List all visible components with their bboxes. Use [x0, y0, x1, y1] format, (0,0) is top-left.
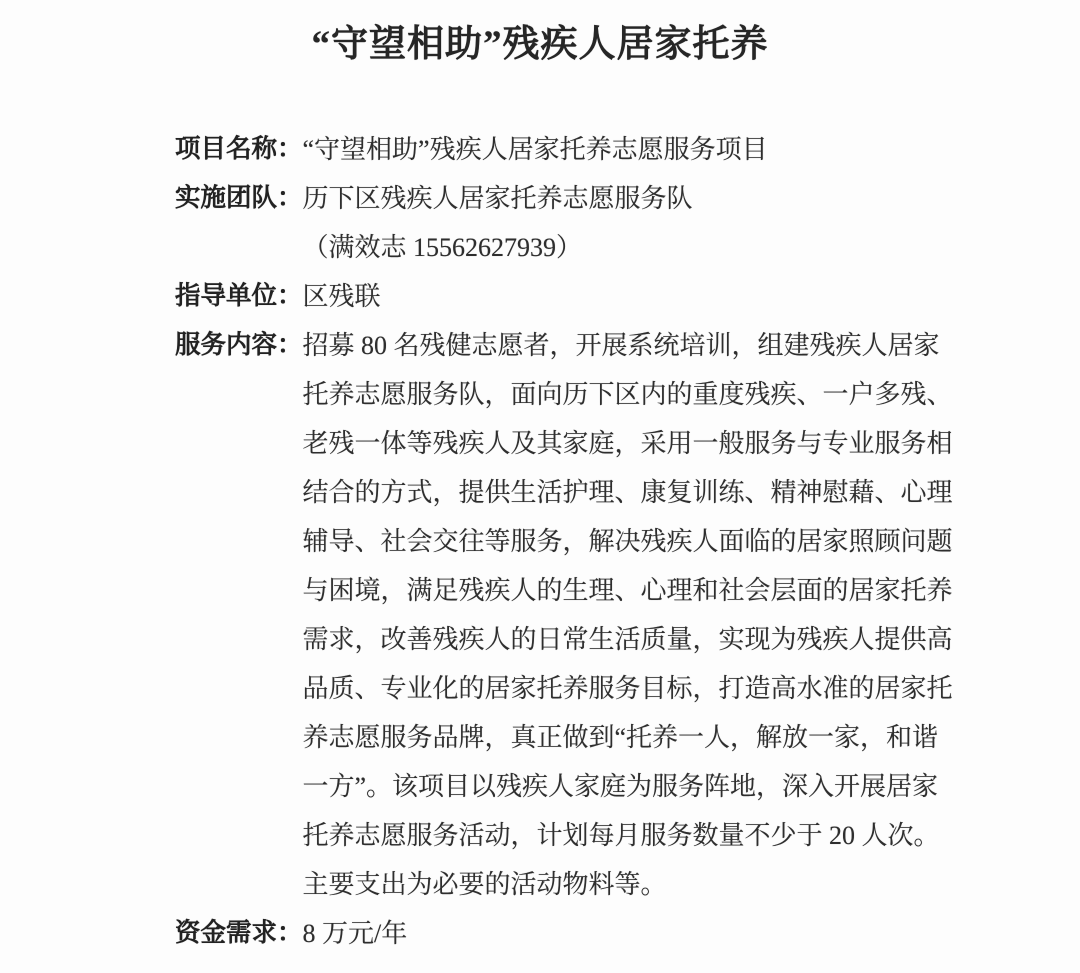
text-line: 历下区残疾人居家托养志愿服务队	[303, 174, 910, 223]
fields-list: 项目名称： “守望相助”残疾人居家托养志愿服务项目 实施团队： 历下区残疾人居家…	[0, 125, 1080, 958]
text-line: 8 万元/年	[303, 909, 910, 958]
field-guidance-unit-value: 区残联	[303, 272, 910, 321]
field-project-name-label: 项目名称：	[175, 125, 303, 174]
text-line: 品质、专业化的居家托养服务目标，打造高水准的居家托	[303, 664, 953, 713]
text-line: 一方”。该项目以残疾人家庭为服务阵地，深入开展居家	[303, 762, 953, 811]
text-line: 托养志愿服务活动，计划每月服务数量不少于 20 人次。	[303, 811, 953, 860]
text-line: 招募 80 名残健志愿者，开展系统培训，组建残疾人居家	[303, 321, 953, 370]
text-line: 与困境，满足残疾人的生理、心理和社会层面的居家托养	[303, 566, 953, 615]
text-line-contact: （满效志 15562627939）	[303, 223, 910, 272]
field-service-content-label: 服务内容：	[175, 321, 303, 370]
field-team-value: 历下区残疾人居家托养志愿服务队 （满效志 15562627939）	[303, 174, 910, 272]
field-project-name-value: “守望相助”残疾人居家托养志愿服务项目	[303, 125, 910, 174]
document-page: “守望相助”残疾人居家托养 项目名称： “守望相助”残疾人居家托养志愿服务项目 …	[0, 0, 1080, 973]
text-line: 养志愿服务品牌，真正做到“托养一人，解放一家，和谐	[303, 713, 953, 762]
field-service-content-value: 招募 80 名残健志愿者，开展系统培训，组建残疾人居家 托养志愿服务队，面向历下…	[303, 321, 953, 909]
field-service-content: 服务内容： 招募 80 名残健志愿者，开展系统培训，组建残疾人居家 托养志愿服务…	[175, 321, 910, 909]
field-team: 实施团队： 历下区残疾人居家托养志愿服务队 （满效志 15562627939）	[175, 174, 910, 272]
field-team-label: 实施团队：	[175, 174, 303, 223]
text-line: 需求，改善残疾人的日常生活质量，实现为残疾人提供高	[303, 615, 953, 664]
field-funding-label: 资金需求：	[175, 909, 303, 958]
text-line: 结合的方式，提供生活护理、康复训练、精神慰藉、心理	[303, 468, 953, 517]
text-line: 辅导、社会交往等服务，解决残疾人面临的居家照顾问题	[303, 517, 953, 566]
field-guidance-unit-label: 指导单位：	[175, 272, 303, 321]
text-line: 主要支出为必要的活动物料等。	[303, 860, 953, 909]
field-guidance-unit: 指导单位： 区残联	[175, 272, 910, 321]
document-title: “守望相助”残疾人居家托养	[0, 22, 1080, 68]
text-line: 托养志愿服务队，面向历下区内的重度残疾、一户多残、	[303, 370, 953, 419]
text-line: 老残一体等残疾人及其家庭，采用一般服务与专业服务相	[303, 419, 953, 468]
field-project-name: 项目名称： “守望相助”残疾人居家托养志愿服务项目	[175, 125, 910, 174]
field-funding-value: 8 万元/年	[303, 909, 910, 958]
field-funding: 资金需求： 8 万元/年	[175, 909, 910, 958]
text-line: “守望相助”残疾人居家托养志愿服务项目	[303, 125, 910, 174]
text-line: 区残联	[303, 272, 910, 321]
